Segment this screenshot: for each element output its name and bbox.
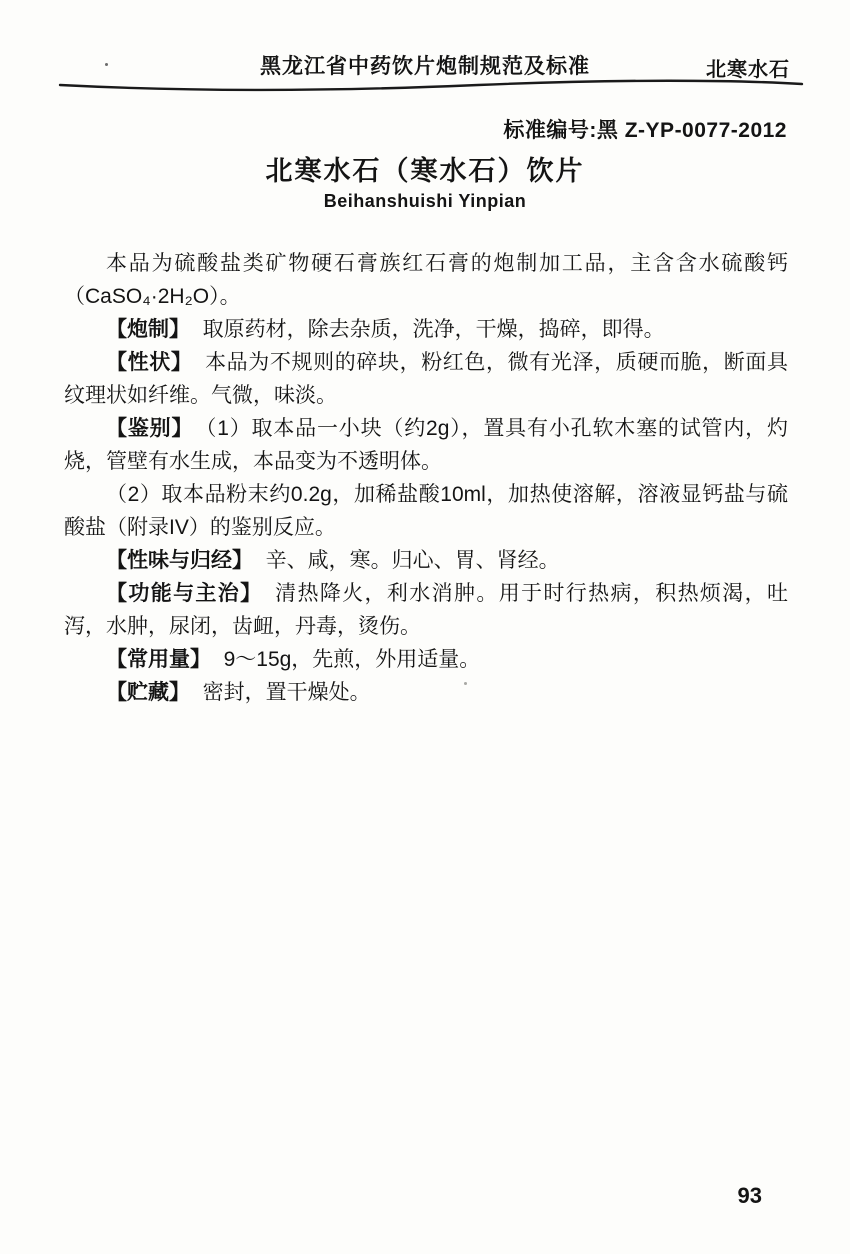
standard-number: 标准编号:黑 Z-YP-0077-2012 bbox=[503, 114, 787, 144]
section-label: 【性状】 bbox=[106, 351, 192, 374]
section-xingzhuang: 【性状】本品为不规则的碎块，粉红色，微有光泽，质硬而脆，断面具纹理状如纤维。气微… bbox=[64, 346, 788, 412]
document-page: 黑龙江省中药饮片炮制规范及标准 北寒水石 标准编号:黑 Z-YP-0077-20… bbox=[0, 0, 850, 1254]
section-text: 9～15g，先煎，外用适量。 bbox=[224, 648, 481, 671]
section-gongneng-zhuzhi: 【功能与主治】清热降火，利水消肿。用于时行热病，积热烦渴，吐泻，水肿，尿闭，齿衄… bbox=[64, 577, 788, 643]
section-changyongliang: 【常用量】9～15g，先煎，外用适量。 bbox=[64, 643, 788, 676]
section-label: 【常用量】 bbox=[106, 648, 211, 671]
scan-speck bbox=[105, 63, 108, 66]
section-label: 【贮藏】 bbox=[106, 681, 190, 704]
section-label: 【鉴别】 bbox=[106, 417, 193, 440]
section-text: 辛、咸，寒。归心、胃、肾经。 bbox=[266, 549, 560, 572]
section-jianbie-2: （2）取本品粉末约0.2g，加稀盐酸10ml，加热使溶解，溶液显钙盐与硫酸盐（附… bbox=[64, 478, 788, 544]
section-label: 【炮制】 bbox=[106, 318, 190, 341]
section-label: 【功能与主治】 bbox=[106, 582, 263, 605]
pinyin-title: Beihanshuishi Yinpian bbox=[0, 191, 850, 212]
section-text: （2）取本品粉末约0.2g，加稀盐酸10ml，加热使溶解，溶液显钙盐与硫酸盐（附… bbox=[64, 483, 788, 539]
intro-paragraph: 本品为硫酸盐类矿物硬石膏族红石膏的炮制加工品，主含含水硫酸钙（CaSO₄·2H₂… bbox=[64, 247, 788, 313]
section-paozhi: 【炮制】取原药材，除去杂质，洗净，干燥，捣碎，即得。 bbox=[64, 313, 788, 346]
section-text: 取原药材，除去杂质，洗净，干燥，捣碎，即得。 bbox=[203, 318, 665, 341]
scan-speck bbox=[464, 682, 467, 685]
page-number: 93 bbox=[738, 1183, 762, 1209]
header-rule bbox=[58, 76, 804, 94]
monograph-body: 本品为硫酸盐类矿物硬石膏族红石膏的炮制加工品，主含含水硫酸钙（CaSO₄·2H₂… bbox=[64, 247, 788, 709]
section-xingwei-guijing: 【性味与归经】辛、咸，寒。归心、胃、肾经。 bbox=[64, 544, 788, 577]
section-text: 密封，置干燥处。 bbox=[203, 681, 371, 704]
page-title: 北寒水石（寒水石）饮片 bbox=[0, 149, 850, 188]
section-zhucang: 【贮藏】密封，置干燥处。 bbox=[64, 676, 788, 709]
section-label: 【性味与归经】 bbox=[106, 549, 253, 572]
section-jianbie-1: 【鉴别】（1）取本品一小块（约2g），置具有小孔软木塞的试管内，灼烧，管壁有水生… bbox=[64, 412, 788, 478]
